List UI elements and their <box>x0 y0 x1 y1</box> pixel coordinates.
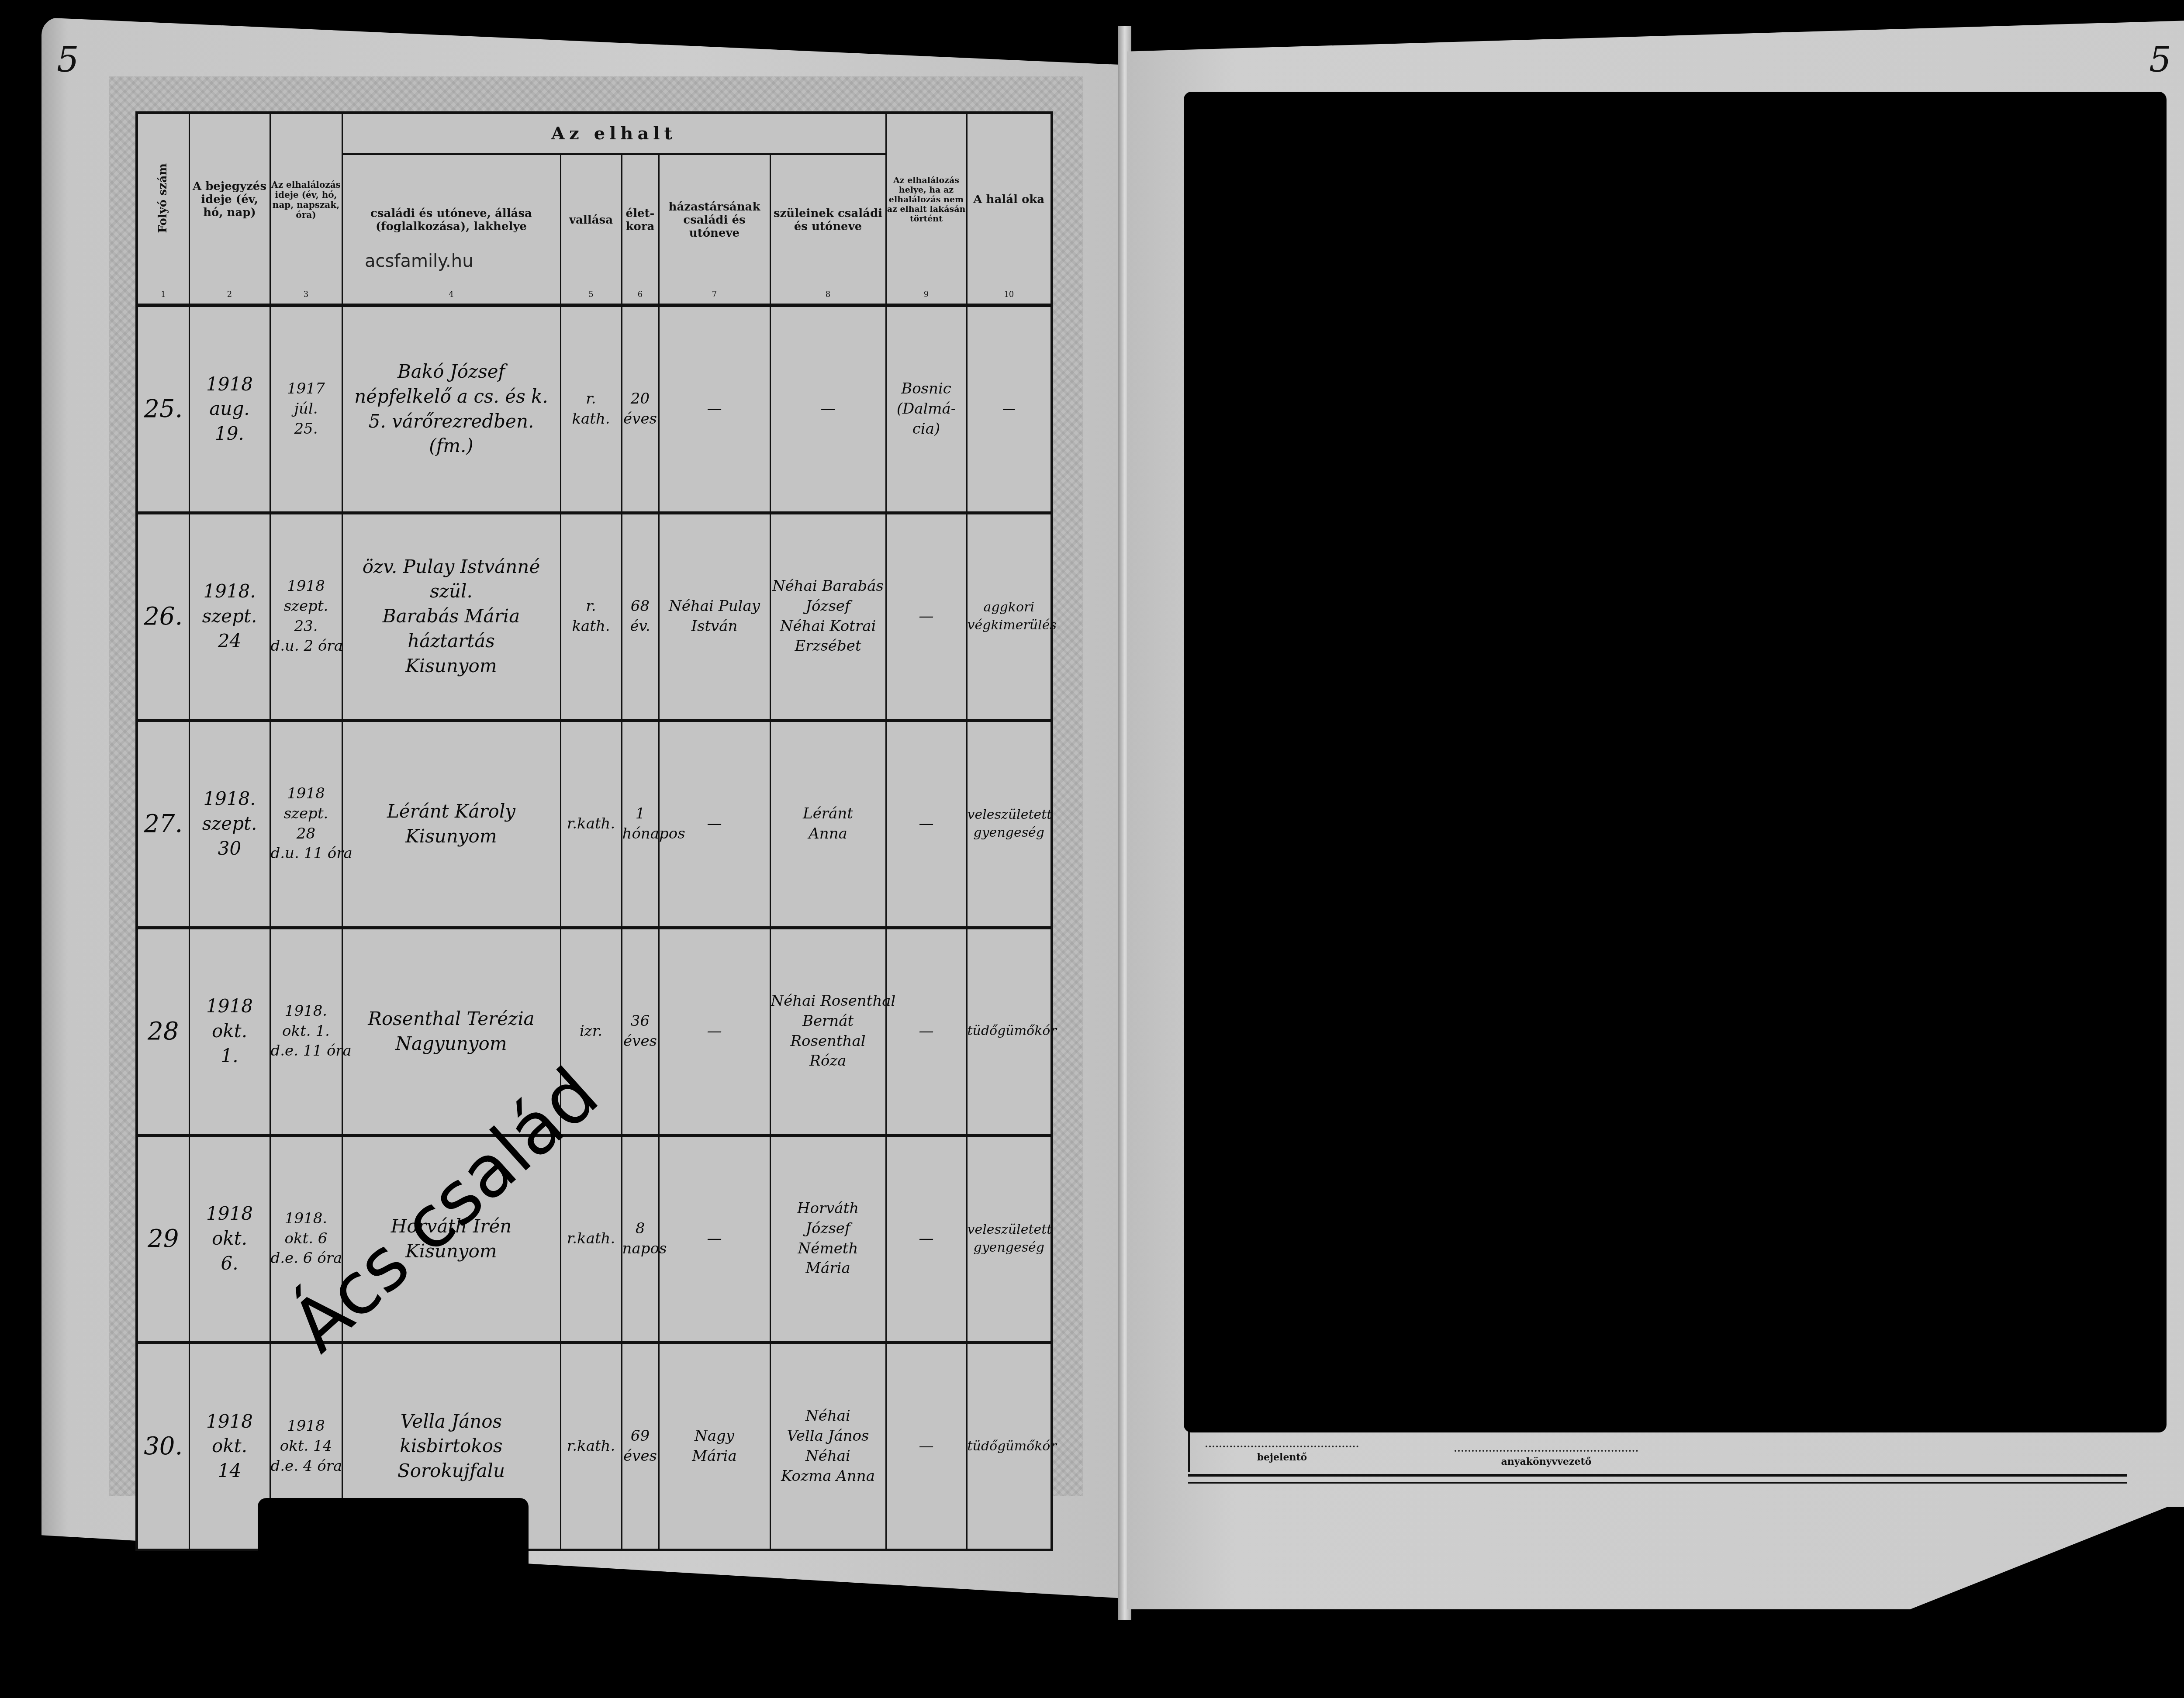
religion-cell: r.kath. <box>560 513 622 720</box>
death-place-cell: — <box>886 720 967 928</box>
religion-line: r.kath. <box>561 814 621 834</box>
cause-of-death-cell: tüdőgümőkór <box>967 1343 1052 1550</box>
death-date-cell: 1918.okt. 1.d.e. 11 óra <box>270 928 342 1135</box>
col-num: 4 <box>342 286 560 305</box>
cause-of-death-line: tüdőgümőkór <box>968 1438 1051 1456</box>
header-col-6: élet-kora <box>622 154 659 286</box>
death-date-line: 1918. <box>271 1001 342 1022</box>
death-date-line: okt. 1. <box>271 1022 342 1042</box>
deceased-name-line: Bakó József <box>343 359 560 384</box>
cause-of-death-line: gyengeség <box>968 824 1051 842</box>
age-cell: 69éves <box>622 1343 659 1550</box>
death-place-line: cia) <box>887 419 966 439</box>
religion-cell: r.kath. <box>560 1135 622 1343</box>
col-num: 3 <box>270 286 342 305</box>
spouse-line: Néhai Pulay <box>660 597 770 617</box>
signature-line <box>1455 1450 1638 1452</box>
deceased-name-line: özv. Pulay Istvánné <box>343 555 560 580</box>
parents-line: Anna <box>771 824 885 844</box>
death-register-table: Folyó szám A bejegyzés ideje (év, hó, na… <box>135 111 1053 1551</box>
col-num: 5 <box>560 286 622 305</box>
spouse-line: Mária <box>660 1446 770 1467</box>
entry-date-line: szept. <box>190 604 270 629</box>
entry-date-line: 1918 <box>190 994 270 1019</box>
deceased-name-line: 5. várőrezredben. <box>343 409 560 434</box>
age-line: év. <box>622 617 658 637</box>
deceased-name-line: Vella János <box>343 1409 560 1434</box>
row-number-cell: 29 <box>137 1135 189 1343</box>
death-date-line: 1918 <box>271 576 342 597</box>
entry-date-line: aug. <box>190 397 270 421</box>
row-number-line: 30. <box>138 1430 189 1463</box>
parents-cell: HorváthJózsefNémethMária <box>770 1135 886 1343</box>
spouse-cell: — <box>659 1135 770 1343</box>
death-date-line: júl. <box>271 399 342 419</box>
entry-date-line: 1918 <box>190 1409 270 1434</box>
signature-registrar: anyakönyvvezető <box>1455 1450 1638 1467</box>
table-row: 291918okt.6.1918.okt. 6d.e. 6 óraHorváth… <box>137 1135 1052 1343</box>
death-date-line: d.u. 11 óra <box>271 844 342 864</box>
parents-line: Néhai <box>771 1406 885 1426</box>
deceased-name-line: Kisunyom <box>343 654 560 679</box>
age-cell: 36éves <box>622 928 659 1135</box>
religion-cell: r.kath. <box>560 1343 622 1550</box>
age-line: hónapos <box>622 824 658 844</box>
col-num: 6 <box>622 286 659 305</box>
deceased-name-line: kisbirtokos <box>343 1434 560 1459</box>
death-place-line: — <box>887 814 966 834</box>
age-line: éves <box>622 1446 658 1467</box>
spouse-line: — <box>660 399 770 419</box>
parents-line: Vella János <box>771 1426 885 1446</box>
row-number-line: 27. <box>138 808 189 841</box>
deceased-name-line: Kisunyom <box>343 824 560 849</box>
cause-of-death-line: tüdőgümőkór <box>968 1022 1051 1040</box>
death-place-line: — <box>887 1022 966 1042</box>
deceased-name-cell: özv. Pulay Istvánnészül.Barabás Máriaház… <box>342 513 560 720</box>
parents-line: Kozma Anna <box>771 1467 885 1487</box>
entry-date-cell: 1918.szept.24 <box>189 513 270 720</box>
entry-date-line: 19. <box>190 421 270 446</box>
age-line: 1 <box>622 804 658 824</box>
header-col-1: Folyó szám <box>137 113 189 286</box>
header-col-3: Az elhalálozás ideje (év, hó, nap, napsz… <box>270 113 342 286</box>
parents-line: Néhai Rosenthal <box>771 991 885 1011</box>
parents-cell: Néhai RosenthalBernátRosenthalRóza <box>770 928 886 1135</box>
death-place-line: — <box>887 607 966 627</box>
death-date-line: 1918 <box>271 784 342 804</box>
redaction-block <box>1184 92 2167 1432</box>
deceased-name-cell: Léránt KárolyKisunyom <box>342 720 560 928</box>
cause-of-death-line: veleszületett <box>968 1221 1051 1239</box>
age-cell: 1hónapos <box>622 720 659 928</box>
parents-cell: Néhai BarabásJózsefNéhai KotraiErzsébet <box>770 513 886 720</box>
parents-line: Németh <box>771 1239 885 1259</box>
age-line: napos <box>622 1239 658 1259</box>
age-line: 69 <box>622 1426 658 1446</box>
cause-of-death-line: aggkori <box>968 599 1051 617</box>
cause-of-death-line: veleszületett <box>968 806 1051 824</box>
row-number-line: 28 <box>138 1015 189 1048</box>
entry-date-line: 30 <box>190 836 270 861</box>
age-cell: 8napos <box>622 1135 659 1343</box>
row-number-cell: 26. <box>137 513 189 720</box>
death-place-line: Bosnic <box>887 379 966 399</box>
col-num: 8 <box>770 286 886 305</box>
cause-of-death-cell: veleszületettgyengeség <box>967 1135 1052 1343</box>
header-group-deceased: Az elhalt <box>342 113 886 154</box>
death-date-line: 23. <box>271 617 342 637</box>
entry-date-line: 1918. <box>190 787 270 811</box>
deceased-name-line: Sorokujfalu <box>343 1459 560 1484</box>
col-num: 9 <box>886 286 967 305</box>
death-place-line: — <box>887 1229 966 1249</box>
deceased-name-line: Nagyunyom <box>343 1032 560 1056</box>
religion-cell: r.kath. <box>560 305 622 513</box>
header-col-10: A halál oka <box>967 113 1052 286</box>
death-date-line: szept. <box>271 597 342 617</box>
spouse-line: István <box>660 617 770 637</box>
spouse-cell: Néhai PulayIstván <box>659 513 770 720</box>
header-col-5: vallása <box>560 154 622 286</box>
entry-date-line: 1. <box>190 1044 270 1069</box>
header-col-9: Az elhalálozás helye, ha az elhalálozás … <box>886 113 967 286</box>
signature-label-reporter: bejelentő <box>1257 1452 1307 1463</box>
page-number-left: 5 <box>57 39 79 80</box>
death-date-line: 1917 <box>271 379 342 399</box>
parents-cell: LérántAnna <box>770 720 886 928</box>
cause-of-death-line: gyengeség <box>968 1239 1051 1257</box>
death-date-line: 25. <box>271 419 342 439</box>
entry-date-line: 6. <box>190 1251 270 1276</box>
entry-date-cell: 1918okt.1. <box>189 928 270 1135</box>
death-place-cell: — <box>886 928 967 1135</box>
parents-line: József <box>771 1219 885 1239</box>
register-rows: 25.1918aug.19.1917júl.25.Bakó Józsefnépf… <box>137 305 1052 1550</box>
age-line: éves <box>622 409 658 429</box>
death-date-line: okt. 6 <box>271 1229 342 1249</box>
row-number-line: 26. <box>138 600 189 633</box>
spouse-line: — <box>660 1022 770 1042</box>
entry-date-cell: 1918.szept.30 <box>189 720 270 928</box>
spouse-cell: — <box>659 928 770 1135</box>
column-number-row: 1 2 3 4 5 6 7 8 9 10 <box>137 286 1052 305</box>
death-place-cell: Bosnic(Dalmá-cia) <box>886 305 967 513</box>
entry-date-line: okt. <box>190 1434 270 1459</box>
row-number-cell: 27. <box>137 720 189 928</box>
death-place-line: (Dalmá- <box>887 399 966 419</box>
table-row: 26.1918.szept.241918szept.23.d.u. 2 óraö… <box>137 513 1052 720</box>
cause-of-death-cell: tüdőgümőkór <box>967 928 1052 1135</box>
death-date-cell: 1918szept.23.d.u. 2 óra <box>270 513 342 720</box>
entry-date-line: 1918 <box>190 1201 270 1226</box>
row-number-line: 29 <box>138 1222 189 1256</box>
religion-line: r. <box>561 389 621 409</box>
parents-line: Mária <box>771 1259 885 1279</box>
death-date-line: szept. <box>271 804 342 824</box>
parents-cell: — <box>770 305 886 513</box>
col-num: 2 <box>189 286 270 305</box>
parents-line: Horváth <box>771 1199 885 1219</box>
death-place-cell: — <box>886 513 967 720</box>
religion-line: r.kath. <box>561 1229 621 1249</box>
parents-line: Erzsébet <box>771 636 885 656</box>
deceased-name-line: (fm.) <box>343 434 560 459</box>
deceased-name-cell: Bakó Józsefnépfelkelő a cs. és k.5. várő… <box>342 305 560 513</box>
death-date-line: 1918. <box>271 1209 342 1229</box>
deceased-name-line: háztartás <box>343 629 560 654</box>
age-line: 20 <box>622 389 658 409</box>
cause-of-death-line: — <box>968 400 1051 418</box>
signature-label-registrar: anyakönyvvezető <box>1501 1456 1592 1467</box>
watermark-small: acsfamily.hu <box>365 251 473 271</box>
religion-line: r. <box>561 597 621 617</box>
religion-line: kath. <box>561 409 621 429</box>
parents-line: Bernát <box>771 1011 885 1032</box>
age-line: 68 <box>622 597 658 617</box>
age-cell: 20éves <box>622 305 659 513</box>
death-date-line: d.e. 11 óra <box>271 1041 342 1061</box>
header-col-7: házastársának családi és utóneve <box>659 154 770 286</box>
entry-date-line: 1918. <box>190 579 270 604</box>
header-col-2: A bejegyzés ideje (év, hó, nap) <box>189 113 270 286</box>
table-row: 27.1918.szept.301918szept.28d.u. 11 óraL… <box>137 720 1052 928</box>
religion-line: r.kath. <box>561 1436 621 1456</box>
entry-date-line: 1918 <box>190 372 270 397</box>
parents-line: Néhai <box>771 1446 885 1467</box>
entry-date-line: 24 <box>190 629 270 654</box>
religion-line: kath. <box>561 617 621 637</box>
spouse-cell: — <box>659 305 770 513</box>
parents-line: Rosenthal <box>771 1032 885 1052</box>
death-date-line: 28 <box>271 824 342 844</box>
row-number-cell: 25. <box>137 305 189 513</box>
death-place-cell: — <box>886 1135 967 1343</box>
header-col-8: szüleinek családi és utóneve <box>770 154 886 286</box>
deceased-name-line: Barabás Mária <box>343 604 560 629</box>
parents-cell: NéhaiVella JánosNéhaiKozma Anna <box>770 1343 886 1550</box>
death-date-line: d.u. 2 óra <box>271 636 342 656</box>
religion-cell: r.kath. <box>560 720 622 928</box>
death-place-cell: — <box>886 1343 967 1550</box>
row-number-cell: 28 <box>137 928 189 1135</box>
parents-line: József <box>771 597 885 617</box>
col-num: 10 <box>967 286 1052 305</box>
signature-reporter: bejelentő <box>1206 1446 1358 1463</box>
cause-of-death-cell: — <box>967 305 1052 513</box>
signature-line <box>1206 1446 1358 1447</box>
table-row: 25.1918aug.19.1917júl.25.Bakó Józsefnépf… <box>137 305 1052 513</box>
spouse-line: Nagy <box>660 1426 770 1446</box>
parents-line: — <box>771 399 885 419</box>
cause-of-death-line: végkimerülés <box>968 617 1051 635</box>
right-table-bottom-rule <box>1188 1474 2127 1484</box>
deceased-name-line: Rosenthal Terézia <box>343 1007 560 1032</box>
row-number-cell: 30. <box>137 1343 189 1550</box>
death-date-cell: 1917júl.25. <box>270 305 342 513</box>
deceased-name-line: népfelkelő a cs. és k. <box>343 384 560 409</box>
col-num: 1 <box>137 286 189 305</box>
page-clip-left <box>258 1498 529 1698</box>
age-line: 8 <box>622 1219 658 1239</box>
age-line: éves <box>622 1032 658 1052</box>
page-number-right: 5 <box>2149 39 2171 80</box>
death-date-cell: 1918szept.28d.u. 11 óra <box>270 720 342 928</box>
col-num: 7 <box>659 286 770 305</box>
entry-date-line: 14 <box>190 1459 270 1484</box>
death-date-line: 1918 <box>271 1416 342 1436</box>
parents-line: Róza <box>771 1051 885 1071</box>
death-date-line: d.e. 4 óra <box>271 1456 342 1477</box>
death-date-line: okt. 14 <box>271 1436 342 1456</box>
parents-line: Léránt <box>771 804 885 824</box>
age-cell: 68év. <box>622 513 659 720</box>
entry-date-cell: 1918aug.19. <box>189 305 270 513</box>
deceased-name-line: szül. <box>343 579 560 604</box>
parents-line: Néhai Barabás <box>771 576 885 597</box>
parents-line: Néhai Kotrai <box>771 617 885 637</box>
religion-line: izr. <box>561 1022 621 1042</box>
row-number-line: 25. <box>138 393 189 426</box>
spouse-cell: NagyMária <box>659 1343 770 1550</box>
entry-date-line: okt. <box>190 1019 270 1044</box>
deceased-name-line: Léránt Károly <box>343 799 560 824</box>
spouse-cell: — <box>659 720 770 928</box>
age-line: 36 <box>622 1011 658 1032</box>
entry-date-cell: 1918okt.6. <box>189 1135 270 1343</box>
cause-of-death-cell: aggkorivégkimerülés <box>967 513 1052 720</box>
entry-date-line: szept. <box>190 811 270 836</box>
cause-of-death-cell: veleszületettgyengeség <box>967 720 1052 928</box>
entry-date-line: okt. <box>190 1226 270 1251</box>
spouse-line: — <box>660 1229 770 1249</box>
death-place-line: — <box>887 1436 966 1456</box>
